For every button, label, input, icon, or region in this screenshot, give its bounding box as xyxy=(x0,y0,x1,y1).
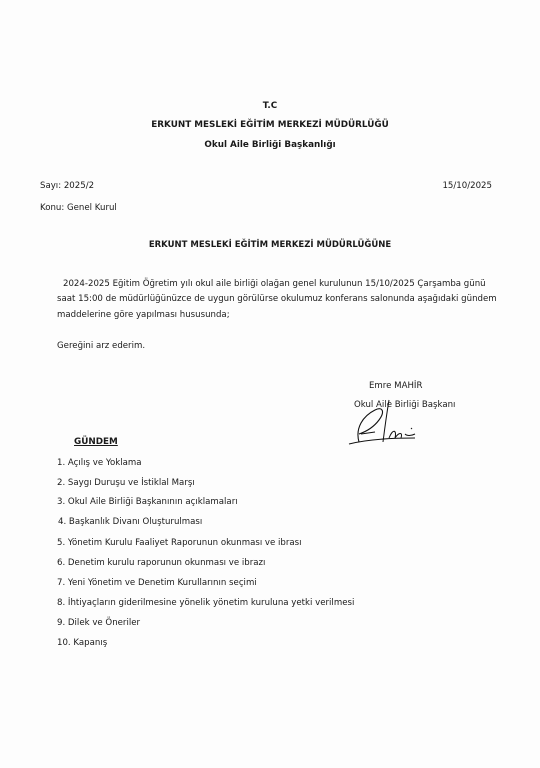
header-department: Okul Aile Birliği Başkanlığı xyxy=(0,140,540,150)
reference-number: Sayı: 2025/2 xyxy=(40,181,94,191)
agenda-item: 2. Saygı Duruşu ve İstiklal Marşı xyxy=(57,478,195,488)
agenda-item: 4. Başkanlık Divanı Oluşturulması xyxy=(58,517,202,527)
agenda-item: 1. Açılış ve Yoklama xyxy=(57,458,142,468)
body-line-2: saat 15:00 de müdürlüğünüzce de uygun gö… xyxy=(57,292,497,307)
agenda-item: 9. Dilek ve Öneriler xyxy=(57,618,140,628)
body-line-3: maddelerine göre yapılması hususunda; xyxy=(57,308,497,323)
body-paragraph: 2024-2025 Eğitim Öğretim yılı okul aile … xyxy=(57,277,497,323)
agenda-item: 8. İhtiyaçların giderilmesine yönelik yö… xyxy=(57,598,354,608)
signatory-name: Emre MAHİR xyxy=(369,381,422,391)
agenda-item: 3. Okul Aile Birliği Başkanının açıklama… xyxy=(57,497,238,507)
signature-icon xyxy=(345,398,425,450)
agenda-item: 7. Yeni Yönetim ve Denetim Kurullarının … xyxy=(57,578,257,588)
agenda-item: 5. Yönetim Kurulu Faaliyet Raporunun oku… xyxy=(57,538,302,548)
agenda-item: 10. Kapanış xyxy=(57,638,107,648)
header-tc: T.C xyxy=(0,101,540,111)
recipient: ERKUNT MESLEKİ EĞİTİM MERKEZİ MÜDÜRLÜĞÜN… xyxy=(0,240,540,250)
closing-text: Gereğini arz ederim. xyxy=(57,341,145,351)
body-line-1: 2024-2025 Eğitim Öğretim yılı okul aile … xyxy=(57,277,497,292)
subject: Konu: Genel Kurul xyxy=(40,203,117,213)
document-date: 15/10/2025 xyxy=(442,181,492,191)
header-organization: ERKUNT MESLEKİ EĞİTİM MERKEZİ MÜDÜRLÜĞÜ xyxy=(0,120,540,130)
document-page: T.C ERKUNT MESLEKİ EĞİTİM MERKEZİ MÜDÜRL… xyxy=(0,0,540,768)
agenda-item: 6. Denetim kurulu raporunun okunması ve … xyxy=(57,558,265,568)
agenda-title: GÜNDEM xyxy=(74,437,118,447)
